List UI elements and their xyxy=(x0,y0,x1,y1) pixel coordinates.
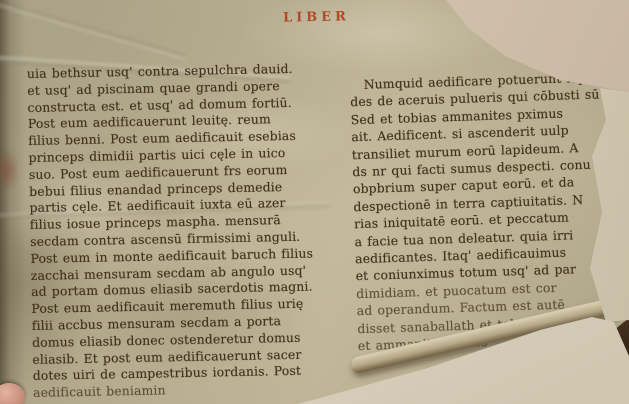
parchment-crease xyxy=(0,0,187,60)
left-text-column: uia bethsur usq' contra sepulchra dauid.… xyxy=(27,60,341,402)
rubric-liber: LIBER xyxy=(283,9,350,25)
manuscript-photo: LIBER uia bethsur usq' contra sepulchra … xyxy=(0,0,629,404)
left-edge-shadow xyxy=(0,0,26,404)
